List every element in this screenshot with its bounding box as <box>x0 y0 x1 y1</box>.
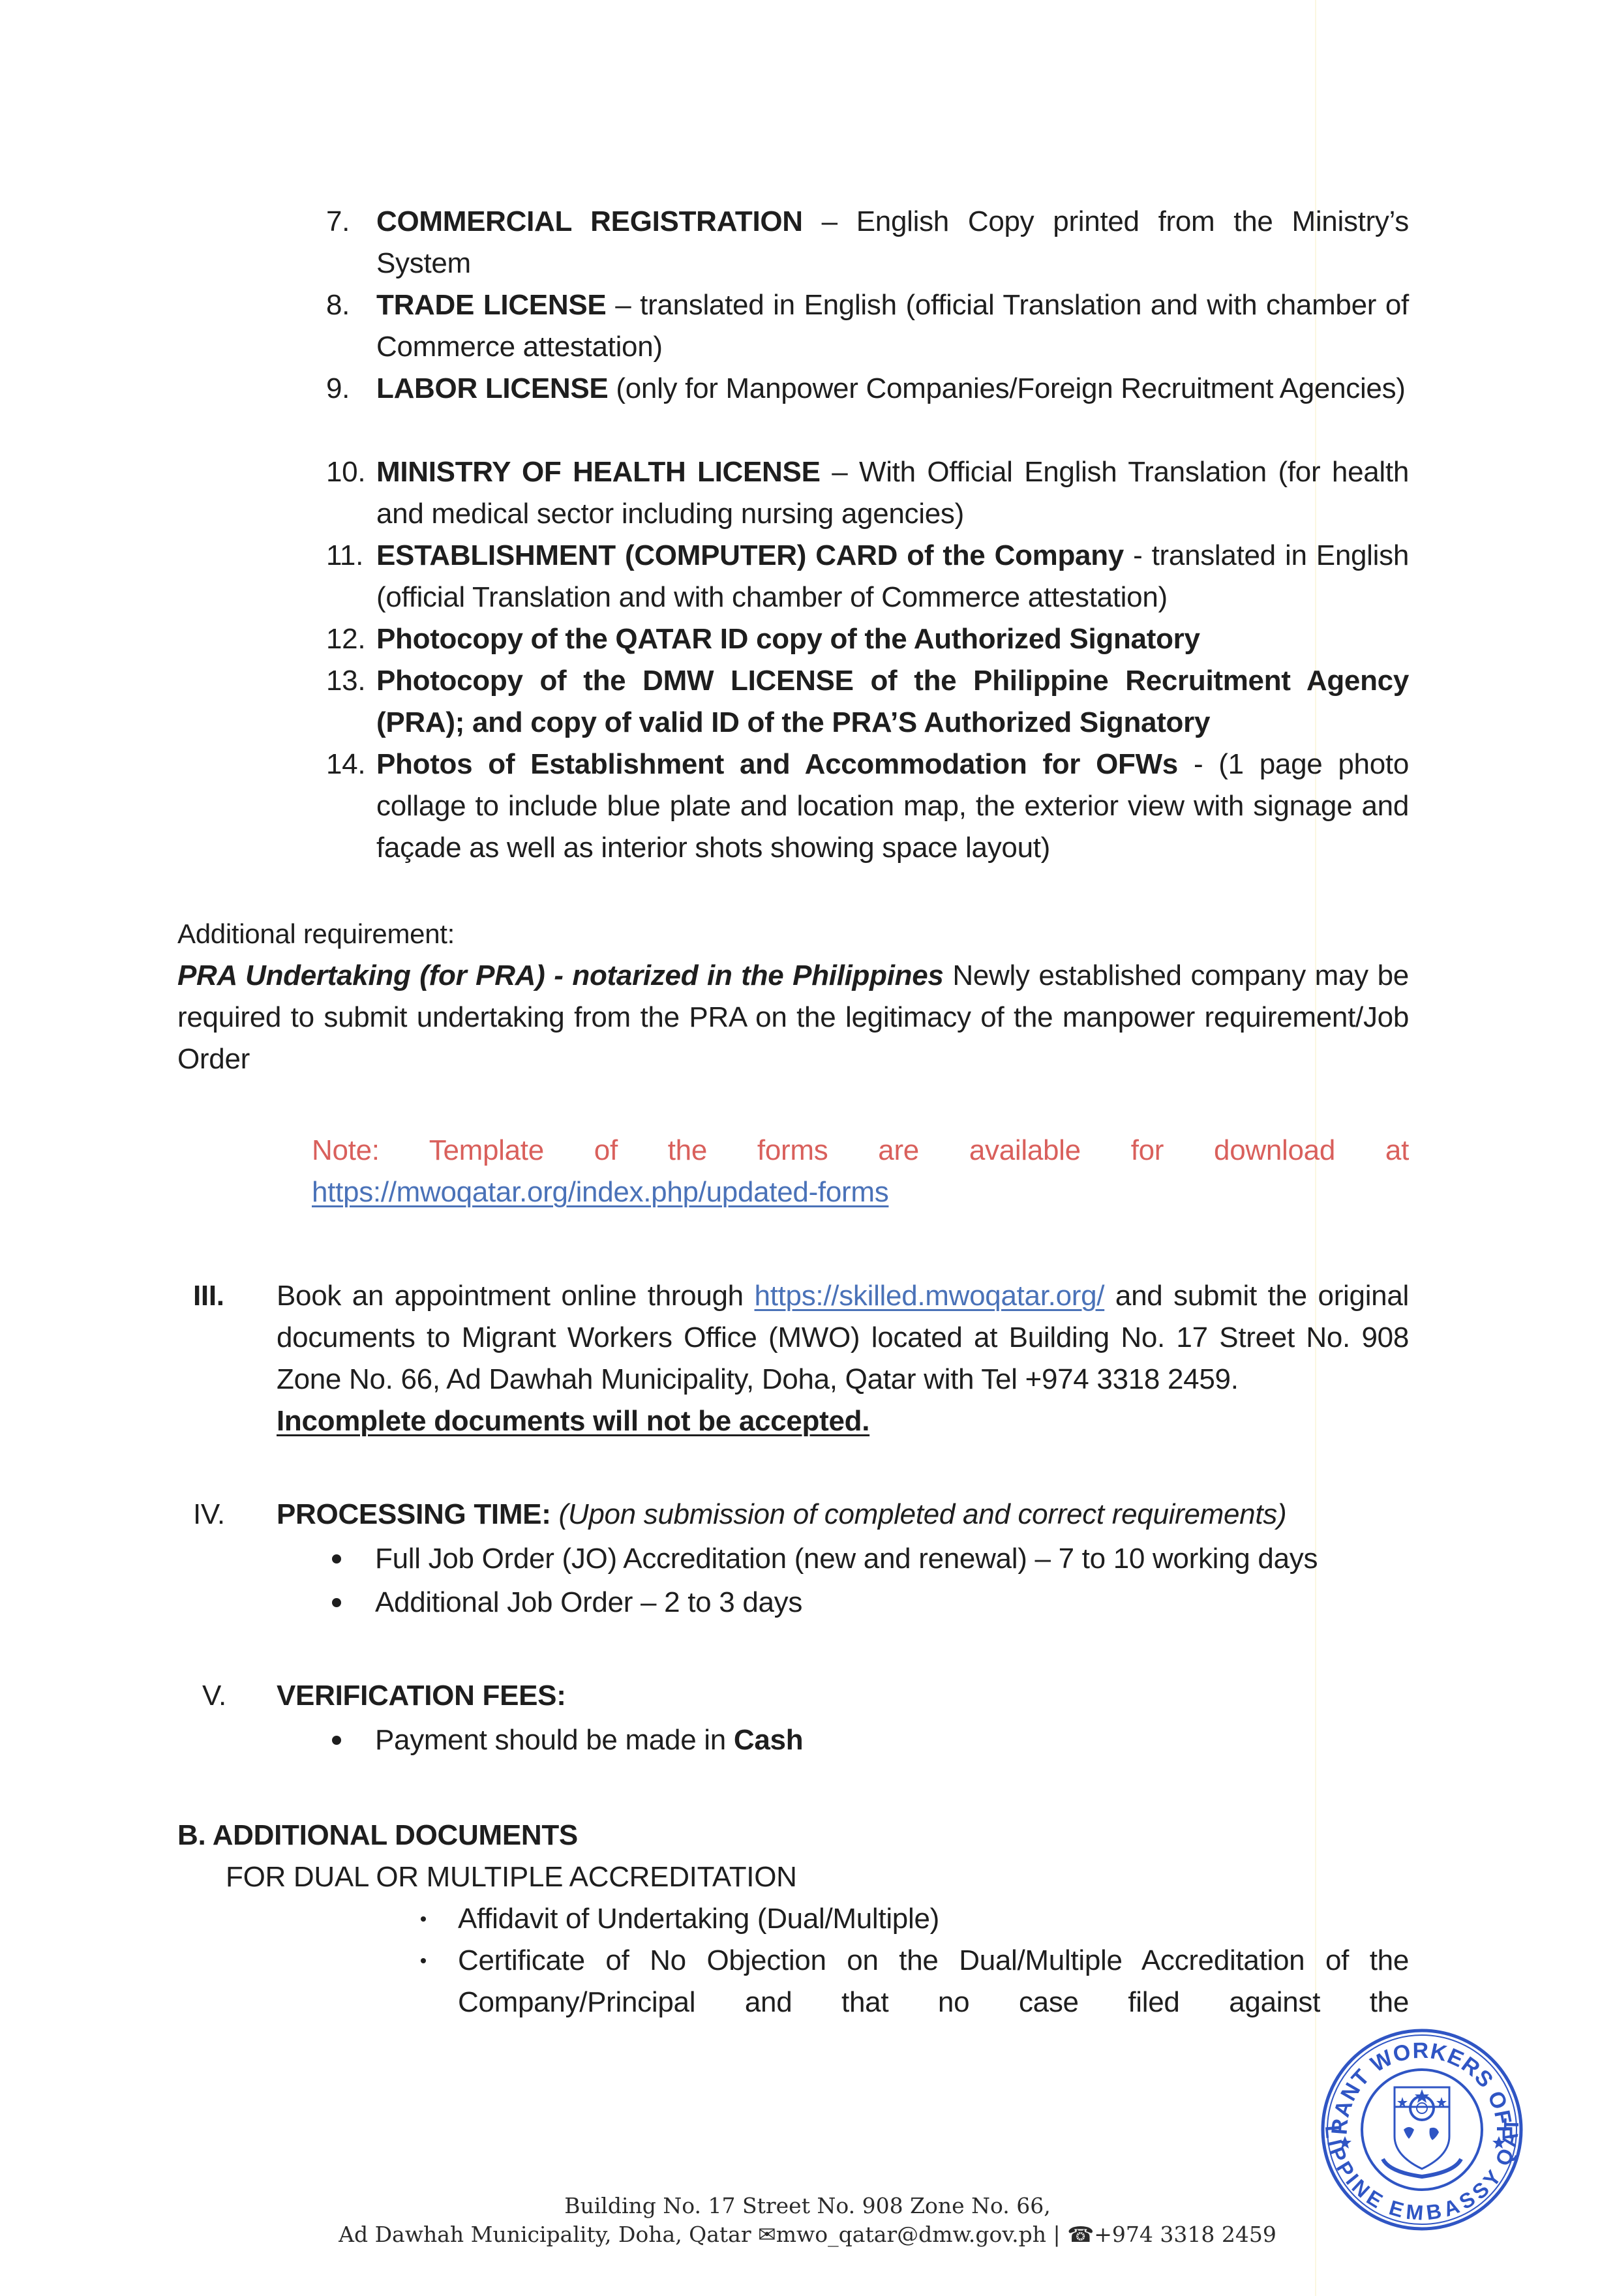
item-title: Photos of Establishment and Accommodatio… <box>376 748 1178 780</box>
bullet-icon <box>421 1916 426 1922</box>
processing-bullet-1: Full Job Order (JO) Accreditation (new a… <box>375 1538 1318 1580</box>
bullet-text: Certificate of No Objection on the Dual/… <box>458 1940 1409 1982</box>
footer-address: Ad Dawhah Municipality, Doha, Qatar <box>339 2222 758 2247</box>
section-v: V. VERIFICATION FEES: <box>193 1675 1409 1717</box>
item-title: COMMERCIAL REGISTRATION <box>376 205 803 237</box>
processing-time-subtitle: (Upon submission of completed and correc… <box>551 1498 1287 1530</box>
bullet-text: Full Job Order (JO) Accreditation (new a… <box>375 1543 1318 1575</box>
item-title: MINISTRY OF HEALTH LICENSE <box>376 456 821 488</box>
svg-text:MIGRANT WORKERS OFFICE: MIGRANT WORKERS OFFICE <box>1318 2025 1517 2140</box>
dual-accreditation-bullet-2: Certificate of No Objection on the Dual/… <box>458 1940 1409 1982</box>
item-description: (only for Manpower Companies/Foreign Rec… <box>608 372 1405 404</box>
item-title: LABOR LICENSE <box>376 372 608 404</box>
item-title: Photocopy of the QATAR ID copy of the Au… <box>376 623 1200 655</box>
note-text: Note: Template of the forms are availabl… <box>312 1130 1409 1171</box>
document-page: 7. COMMERCIAL REGISTRATION – English Cop… <box>0 0 1615 2296</box>
item-title: TRADE LICENSE <box>376 289 606 321</box>
section-b-heading: B. ADDITIONAL DOCUMENTS <box>177 1815 578 1856</box>
payment-bullet: Payment should be made in Cash <box>375 1719 803 1761</box>
bullet-icon <box>332 1554 341 1563</box>
item-number: 11. <box>326 535 372 577</box>
forms-download-link[interactable]: https://mwoqatar.org/index.php/updated-f… <box>312 1176 888 1208</box>
processing-bullet-2: Additional Job Order – 2 to 3 days <box>375 1582 802 1624</box>
list-item-9: 9. LABOR LICENSE (only for Manpower Comp… <box>326 368 1409 410</box>
bullet-icon <box>332 1736 341 1745</box>
bullet-text: Additional Job Order – 2 to 3 days <box>375 1586 802 1618</box>
appointment-text-before: Book an appointment online through <box>277 1280 755 1312</box>
section-iii: III. Book an appointment online through … <box>193 1275 1409 1442</box>
bullet-icon <box>421 1958 426 1963</box>
footer-contact-line: Ad Dawhah Municipality, Doha, Qatar ✉mwo… <box>0 2220 1615 2249</box>
appointment-booking-link[interactable]: https://skilled.mwoqatar.org/ <box>755 1280 1105 1312</box>
item-title: Photocopy of the DMW LICENSE of the Phil… <box>376 665 1409 738</box>
item-title: ESTABLISHMENT (COMPUTER) CARD of the Com… <box>376 539 1124 571</box>
incomplete-documents-warning: Incomplete documents will not be accepte… <box>277 1405 869 1437</box>
footer-email: mwo_qatar@dmw.gov.ph <box>776 2222 1046 2247</box>
dual-accreditation-bullet-2-continued: Company/Principal and that no case filed… <box>458 1982 1409 2023</box>
item-number: 8. <box>326 284 372 326</box>
section-iv: IV. PROCESSING TIME: (Upon submission of… <box>193 1494 1409 1535</box>
item-number: 9. <box>326 368 372 410</box>
additional-requirement-text: PRA Undertaking (for PRA) - notarized in… <box>177 955 1409 1080</box>
section-b-subheading: FOR DUAL OR MULTIPLE ACCREDITATION <box>226 1856 797 1898</box>
list-item-10: 10. MINISTRY OF HEALTH LICENSE – With Of… <box>326 451 1409 535</box>
dual-accreditation-bullet-1: Affidavit of Undertaking (Dual/Multiple) <box>458 1898 939 1940</box>
list-item-7: 7. COMMERCIAL REGISTRATION – English Cop… <box>326 201 1409 284</box>
payment-method: Cash <box>734 1724 803 1756</box>
bullet-text: Affidavit of Undertaking (Dual/Multiple) <box>458 1903 939 1935</box>
additional-requirement-heading: Additional requirement: <box>177 913 1409 955</box>
section-numeral: III. <box>193 1275 224 1317</box>
item-number: 7. <box>326 201 372 243</box>
list-item-12: 12. Photocopy of the QATAR ID copy of th… <box>326 618 1409 660</box>
list-item-11: 11. ESTABLISHMENT (COMPUTER) CARD of the… <box>326 535 1409 618</box>
item-number: 13. <box>326 660 372 702</box>
item-number: 12. <box>326 618 372 660</box>
list-item-8: 8. TRADE LICENSE – translated in English… <box>326 284 1409 368</box>
section-numeral: IV. <box>193 1494 225 1535</box>
processing-time-title: PROCESSING TIME: <box>277 1498 551 1530</box>
item-number: 14. <box>326 744 372 785</box>
telephone-icon: ☎ <box>1067 2222 1094 2247</box>
footer-separator: | <box>1053 2222 1061 2247</box>
bullet-icon <box>332 1598 341 1607</box>
verification-fees-title: VERIFICATION FEES: <box>277 1680 566 1712</box>
bullet-text: Payment should be made in <box>375 1724 734 1756</box>
item-number: 10. <box>326 451 372 493</box>
note-link-row: https://mwoqatar.org/index.php/updated-f… <box>312 1171 888 1213</box>
section-numeral: V. <box>202 1675 226 1717</box>
list-item-13: 13. Photocopy of the DMW LICENSE of the … <box>326 660 1409 744</box>
pra-undertaking-label: PRA Undertaking (for PRA) - notarized in… <box>177 959 944 991</box>
envelope-icon: ✉ <box>758 2222 776 2247</box>
footer-phone: +974 3318 2459 <box>1094 2222 1276 2247</box>
list-item-14: 14. Photos of Establishment and Accommod… <box>326 744 1409 869</box>
footer-address-line-1: Building No. 17 Street No. 908 Zone No. … <box>0 2192 1615 2220</box>
